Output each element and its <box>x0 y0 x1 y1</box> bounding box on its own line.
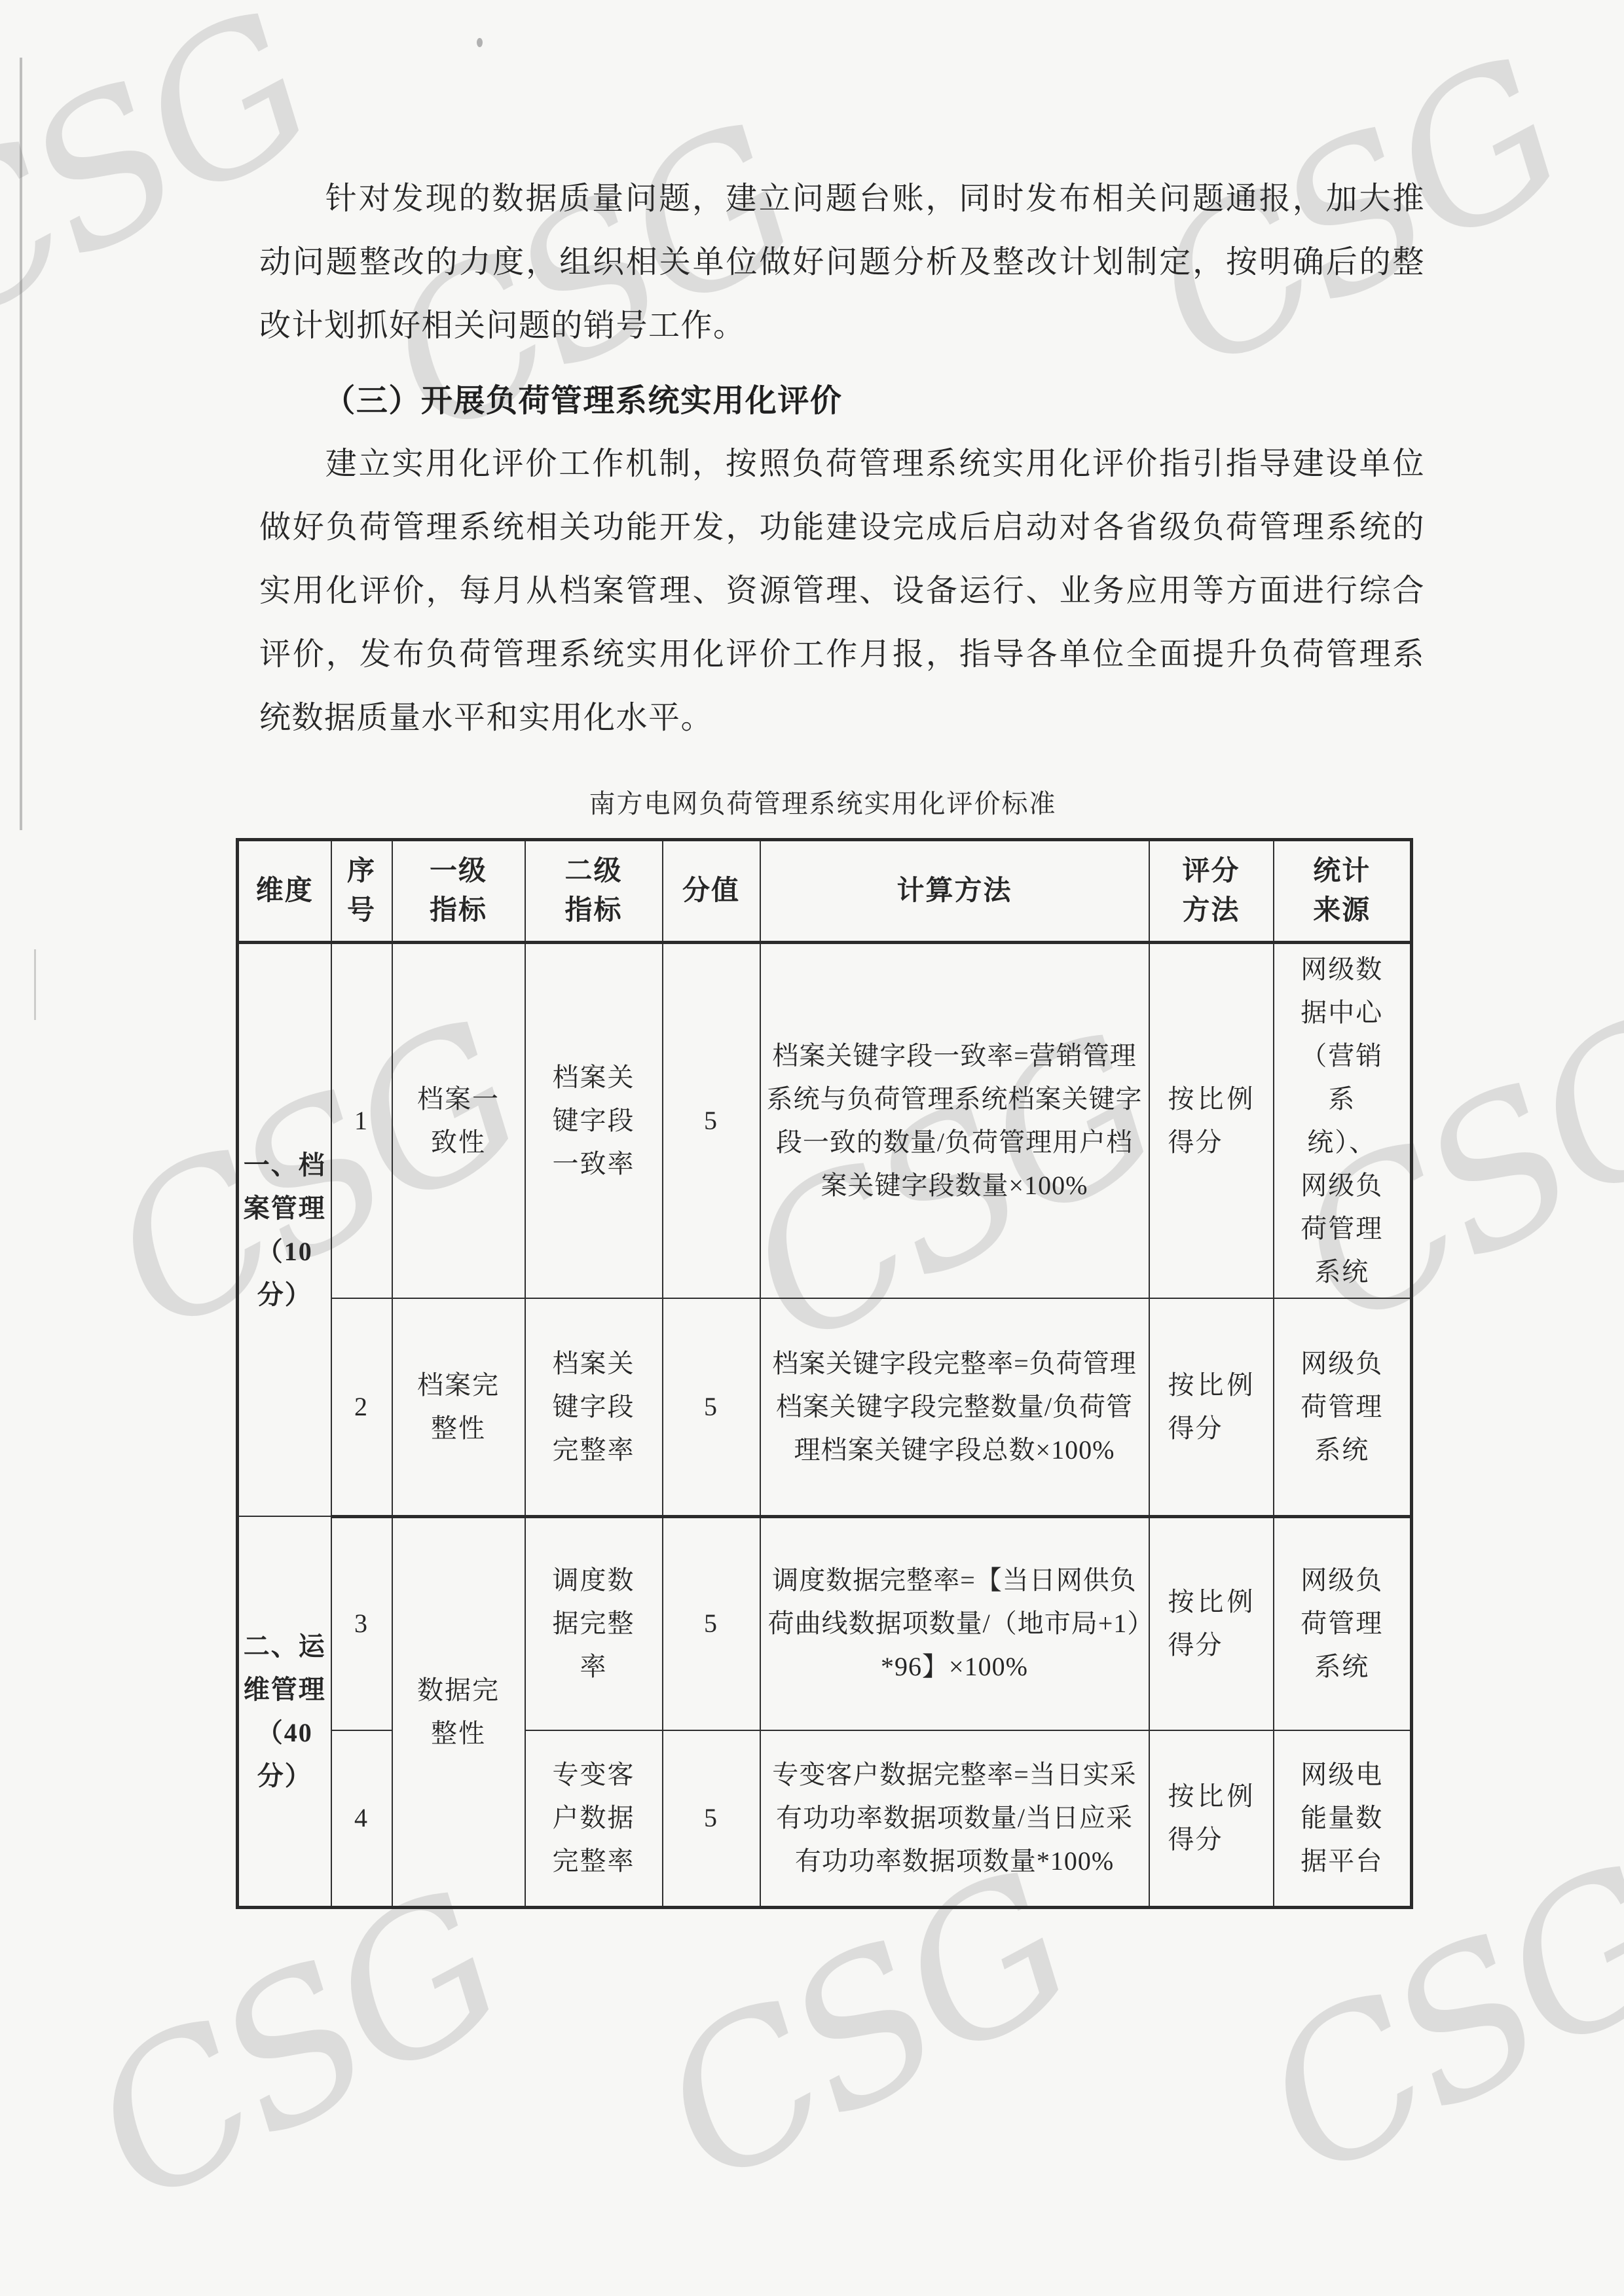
cell-level1: 档案完整性 <box>392 1298 525 1516</box>
table-row: 一、档案管理（10分） 1 档案一致性 档案关键字段一致率 5 档案关键字段一致… <box>238 943 1412 1299</box>
cell-seq: 3 <box>331 1516 392 1730</box>
cell-scoring: 按比例得分 <box>1149 943 1274 1299</box>
cell-level2: 调度数据完整率 <box>525 1516 663 1730</box>
cell-score: 5 <box>663 1516 760 1730</box>
scan-tick-artifact <box>34 949 36 1020</box>
cell-method: 档案关键字段一致率=营销管理系统与负荷管理系统档案关键字段一致的数量/负荷管理用… <box>760 943 1149 1299</box>
cell-level2: 档案关键字段完整率 <box>525 1298 663 1516</box>
cell-scoring: 按比例得分 <box>1149 1730 1274 1907</box>
table-header-row: 维度 序号 一级指标 二级指标 分值 计算方法 评分方法 统计来源 <box>238 840 1412 943</box>
header-level1: 一级指标 <box>392 840 525 943</box>
cell-level2: 档案关键字段一致率 <box>525 943 663 1299</box>
document-page: { "watermark": { "text": "CSG" }, "docum… <box>0 0 1624 2296</box>
header-method: 计算方法 <box>760 840 1149 943</box>
header-source: 统计来源 <box>1274 840 1412 943</box>
cell-score: 5 <box>663 1730 760 1907</box>
cell-source: 网级负荷管理系统 <box>1274 1298 1412 1516</box>
table-title: 南方电网负荷管理系统实用化评价标准 <box>236 786 1410 822</box>
header-seq: 序号 <box>331 840 392 943</box>
paragraph-2: 建立实用化评价工作机制，按照负荷管理系统实用化评价指引指导建设单位做好负荷管理系… <box>259 432 1425 750</box>
cell-dimension-group1: 一、档案管理（10分） <box>238 943 331 1517</box>
cell-seq: 4 <box>331 1730 392 1907</box>
cell-score: 5 <box>663 943 760 1299</box>
scan-speck-artifact <box>477 38 483 47</box>
table-row: 2 档案完整性 档案关键字段完整率 5 档案关键字段完整率=负荷管理档案关键字段… <box>238 1298 1412 1516</box>
cell-source: 网级数据中心（营销系统）、网级负荷管理系统 <box>1274 943 1412 1299</box>
header-scoring: 评分方法 <box>1149 840 1274 943</box>
csg-watermark: CSG <box>56 1850 533 2248</box>
cell-method: 专变客户数据完整率=当日实采有功功率数据项数量/当日应采有功功率数据项数量*10… <box>760 1730 1149 1907</box>
cell-dimension-group2: 二、运维管理（40分） <box>238 1516 331 1907</box>
cell-level1: 数据完整性 <box>392 1516 525 1907</box>
section-heading: （三）开展负荷管理系统实用化评价 <box>259 370 1425 432</box>
cell-score: 5 <box>663 1298 760 1516</box>
cell-method: 档案关键字段完整率=负荷管理档案关键字段完整数量/负荷管理档案关键字段总数×10… <box>760 1298 1149 1516</box>
evaluation-table: 维度 序号 一级指标 二级指标 分值 计算方法 评分方法 统计来源 一、档案管理… <box>236 838 1413 1909</box>
header-dimension: 维度 <box>238 840 331 943</box>
paragraph-1: 针对发现的数据质量问题，建立问题台账，同时发布相关问题通报，加大推动问题整改的力… <box>259 167 1425 357</box>
table-row: 二、运维管理（40分） 3 数据完整性 调度数据完整率 5 调度数据完整率=【当… <box>238 1516 1412 1730</box>
cell-seq: 1 <box>331 943 392 1299</box>
cell-level1: 档案一致性 <box>392 943 525 1299</box>
header-level2: 二级指标 <box>525 840 663 943</box>
scan-edge-artifact <box>20 58 22 830</box>
cell-level2: 专变客户数据完整率 <box>525 1730 663 1907</box>
scanned-page: CSG CSG CSG CSG CSG CSG CSG CSG CSG 针对发现… <box>0 0 1624 2296</box>
header-score: 分值 <box>663 840 760 943</box>
cell-scoring: 按比例得分 <box>1149 1516 1274 1730</box>
cell-source: 网级负荷管理系统 <box>1274 1516 1412 1730</box>
cell-method: 调度数据完整率=【当日网供负荷曲线数据项数量/（地市局+1）*96】×100% <box>760 1516 1149 1730</box>
cell-scoring: 按比例得分 <box>1149 1298 1274 1516</box>
cell-seq: 2 <box>331 1298 392 1516</box>
cell-source: 网级电能量数据平台 <box>1274 1730 1412 1907</box>
